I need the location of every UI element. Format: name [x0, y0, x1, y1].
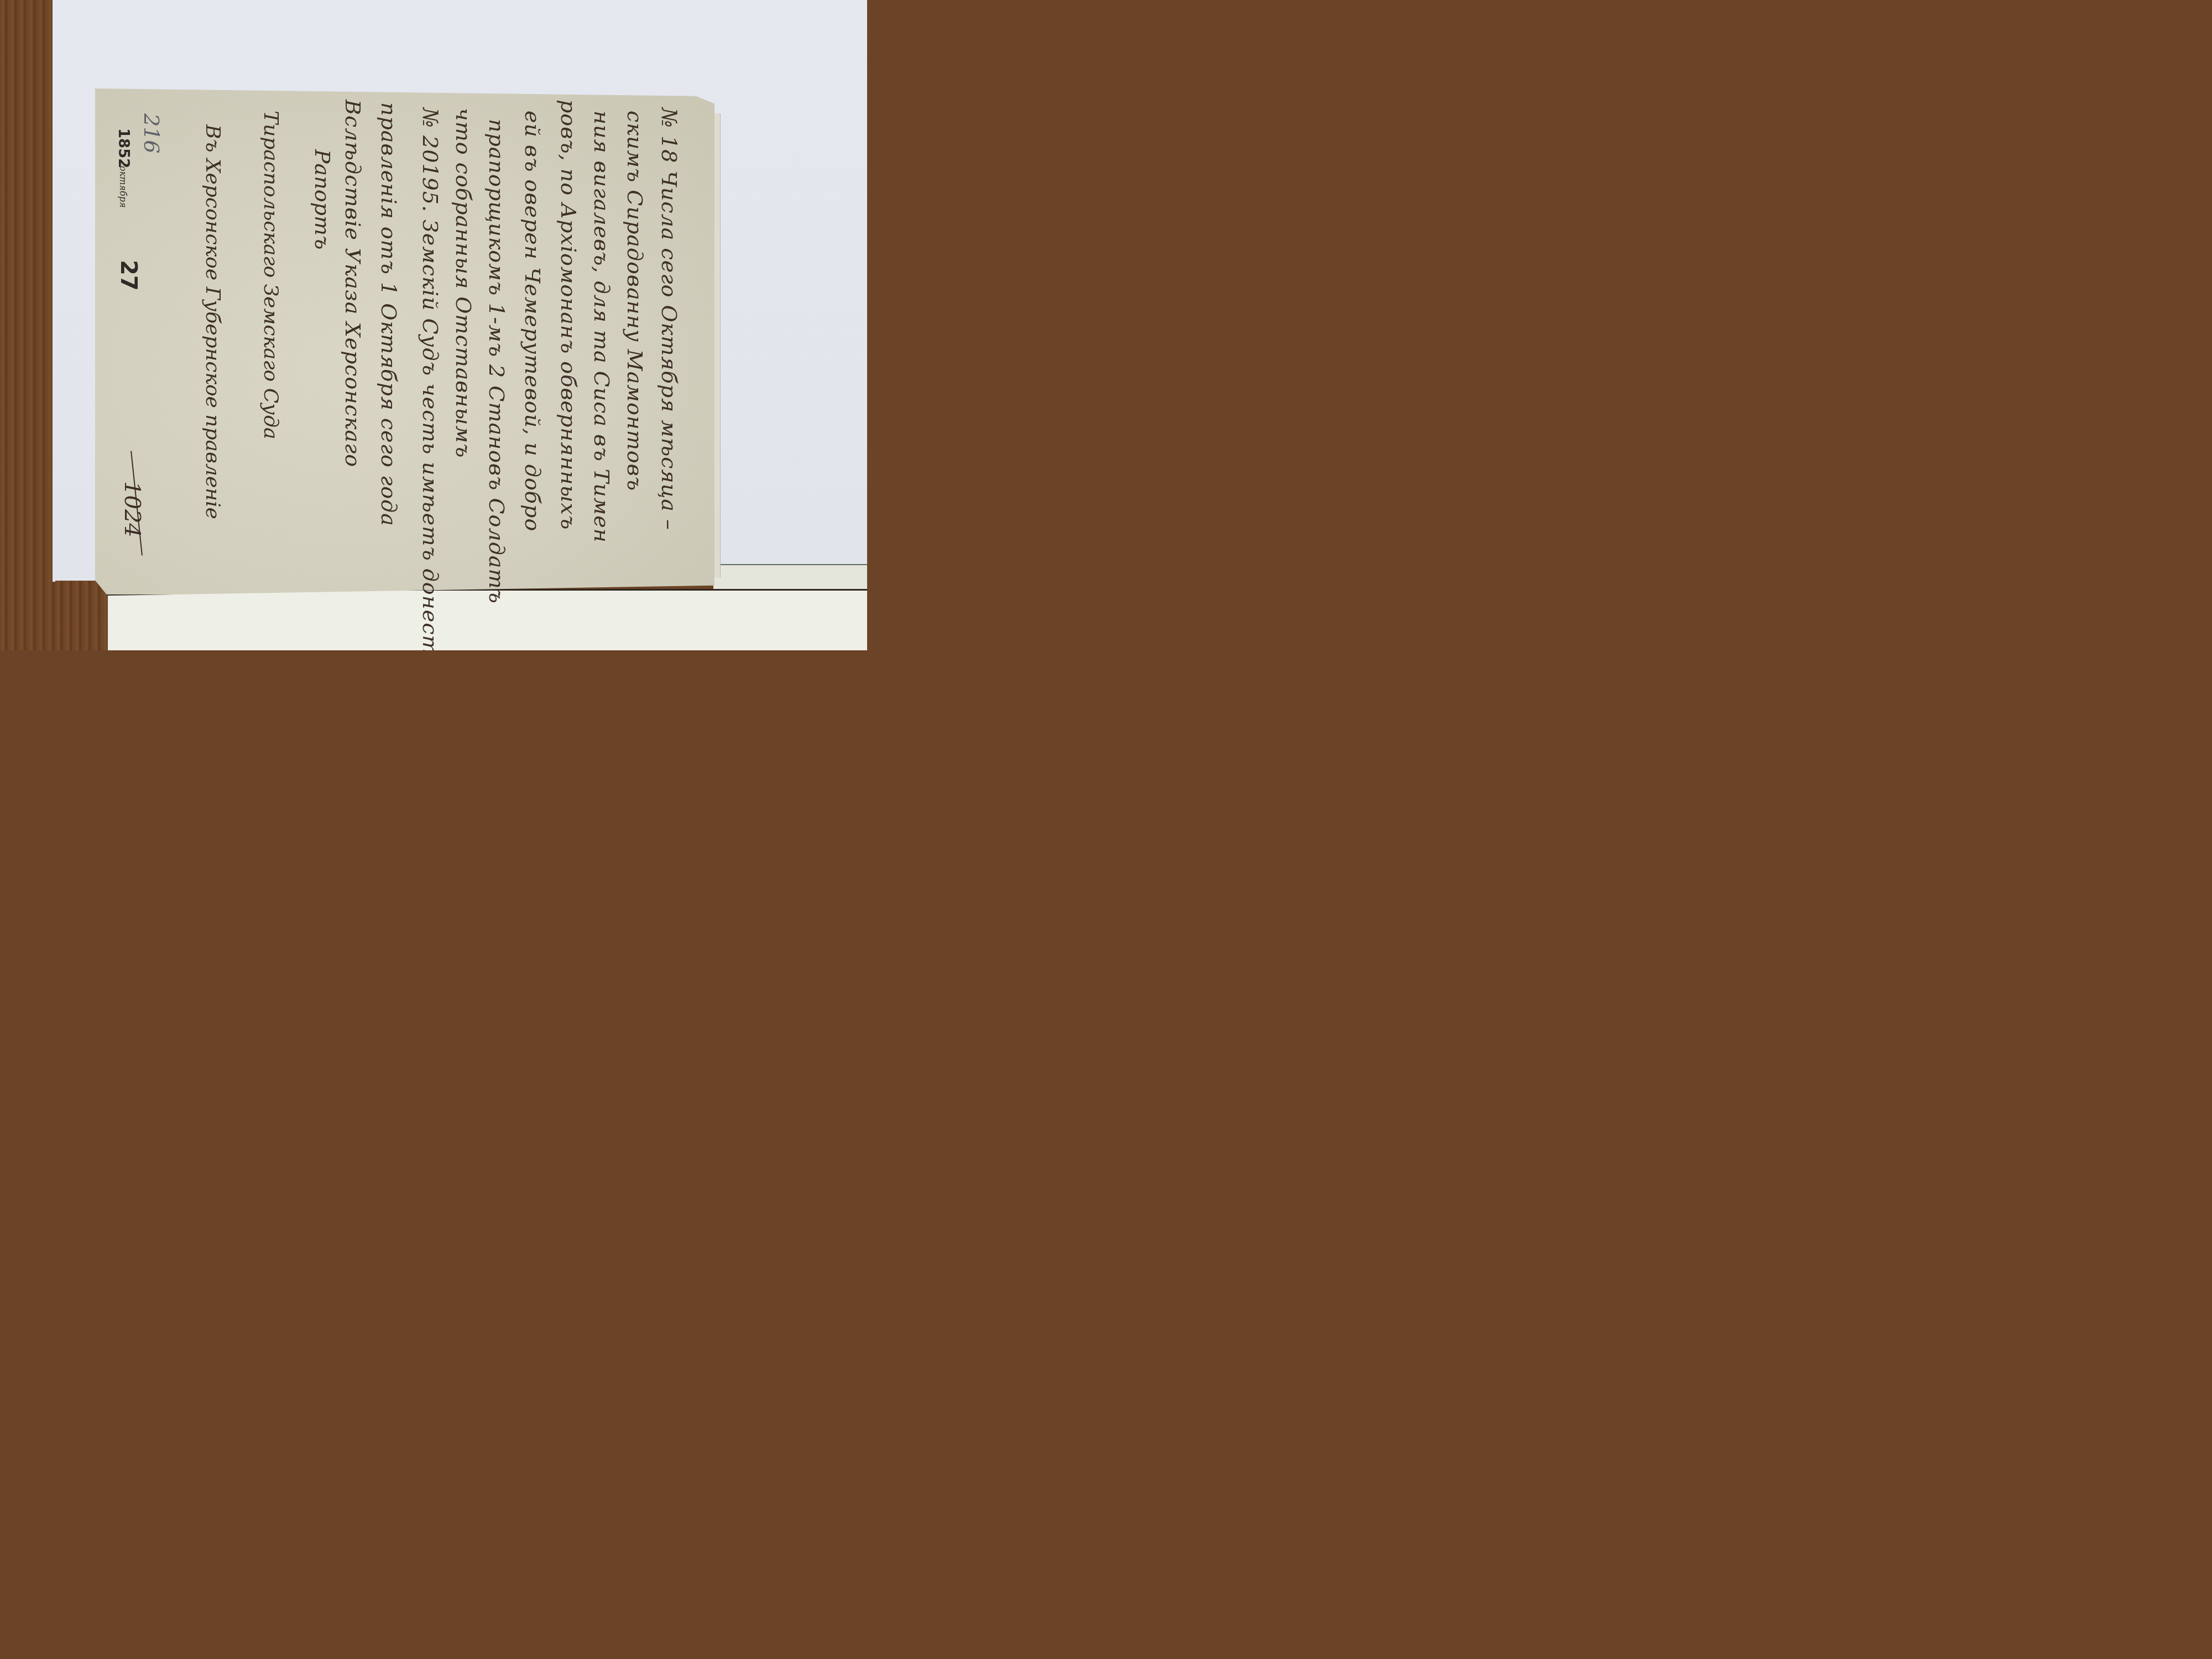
- body-line-1: Вслѣдствiе Указа Херсонскаго: [341, 100, 365, 467]
- body-line-9: скимъ Сирадованну Мамонтовъ: [623, 111, 647, 491]
- pencil-folio-number: 216: [139, 113, 164, 154]
- document-sheet: [95, 88, 714, 596]
- body-line-10: № 18 Числа сего Октября мѣсяца –: [657, 108, 681, 530]
- stamp-day: 27: [116, 260, 141, 291]
- heading-addressee: Въ Херсонское Губернское правленiе: [201, 124, 224, 519]
- wooden-table-surface-lower: [55, 581, 111, 650]
- body-line-3: № 20195. Земскiй Судъ честь имѣетъ донес…: [418, 108, 442, 650]
- wooden-table-surface: [0, 0, 55, 650]
- body-line-2: правленiя отъ 1 Октября сего года: [377, 102, 401, 526]
- body-line-7: ровъ, по Архiомонанъ обвернянныхъ: [556, 100, 581, 530]
- stamp-year: 1852: [115, 128, 132, 168]
- body-line-6: ей въ оверен Чемерутевой, и добро: [520, 111, 545, 531]
- body-line-8: ния вигалевъ, для та Сиса въ Тимен: [589, 111, 614, 543]
- heading-title: Рапортъ: [310, 149, 335, 249]
- heading-sender: Тираспольскаго Земскаго Суда: [259, 111, 282, 439]
- stamp-month: октября: [118, 166, 128, 208]
- body-line-4: что собранныя Отставнымъ: [451, 108, 476, 458]
- body-line-5: прапорщикомъ 1-мъ 2 Становъ Солдатъ: [484, 119, 509, 604]
- margin-number: 1024: [119, 481, 145, 538]
- folder-edge: [713, 564, 867, 590]
